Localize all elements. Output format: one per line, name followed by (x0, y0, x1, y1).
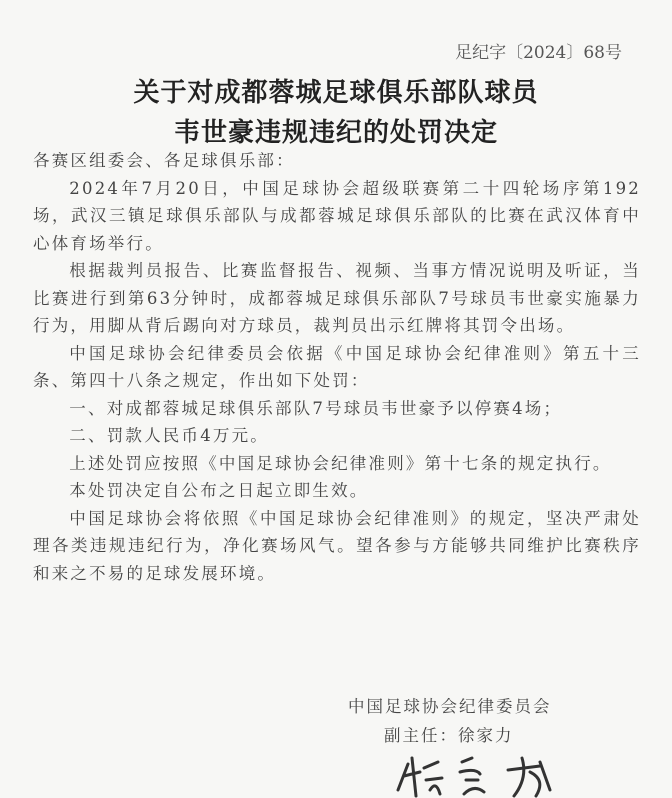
title-line-2: 韦世豪违规违纪的处罚决定 (0, 112, 672, 149)
paragraph-incident: 根据裁判员报告、比赛监督报告、视频、当事方情况说明及听证，当比赛进行到第63分钟… (33, 257, 641, 340)
paragraph-effective: 本处罚决定自公布之日起立即生效。 (33, 477, 641, 505)
paragraph-execution: 上述处罚应按照《中国足球协会纪律准则》第十七条的规定执行。 (33, 450, 641, 478)
title-line-1: 关于对成都蓉城足球俱乐部队球员 (0, 72, 672, 109)
paragraph-closing: 中国足球协会将依照《中国足球协会纪律准则》的规定，坚决严肃处理各类违规违纪行为，… (33, 505, 641, 588)
paragraph-penalty-2: 二、罚款人民币4万元。 (33, 422, 641, 450)
paragraph-penalty-1: 一、对成都蓉城足球俱乐部队7号球员韦世豪予以停赛4场； (33, 395, 641, 423)
paragraph-match-info: 2024年7月20日，中国足球协会超级联赛第二十四轮场序第192场，武汉三镇足球… (33, 175, 641, 258)
paragraph-ruling-basis: 中国足球协会纪律委员会依据《中国足球协会纪律准则》第五十三条、第四十八条之规定，… (33, 340, 641, 395)
issuer: 中国足球协会纪律委员会 (348, 693, 552, 717)
signatory: 副主任：徐家力 (384, 722, 514, 746)
salutation: 各赛区组委会、各足球俱乐部： (33, 147, 641, 175)
doc-number: 足纪字〔2024〕68号 (455, 38, 622, 63)
handwritten-signature (390, 750, 560, 798)
document-body: 各赛区组委会、各足球俱乐部： 2024年7月20日，中国足球协会超级联赛第二十四… (33, 147, 641, 587)
